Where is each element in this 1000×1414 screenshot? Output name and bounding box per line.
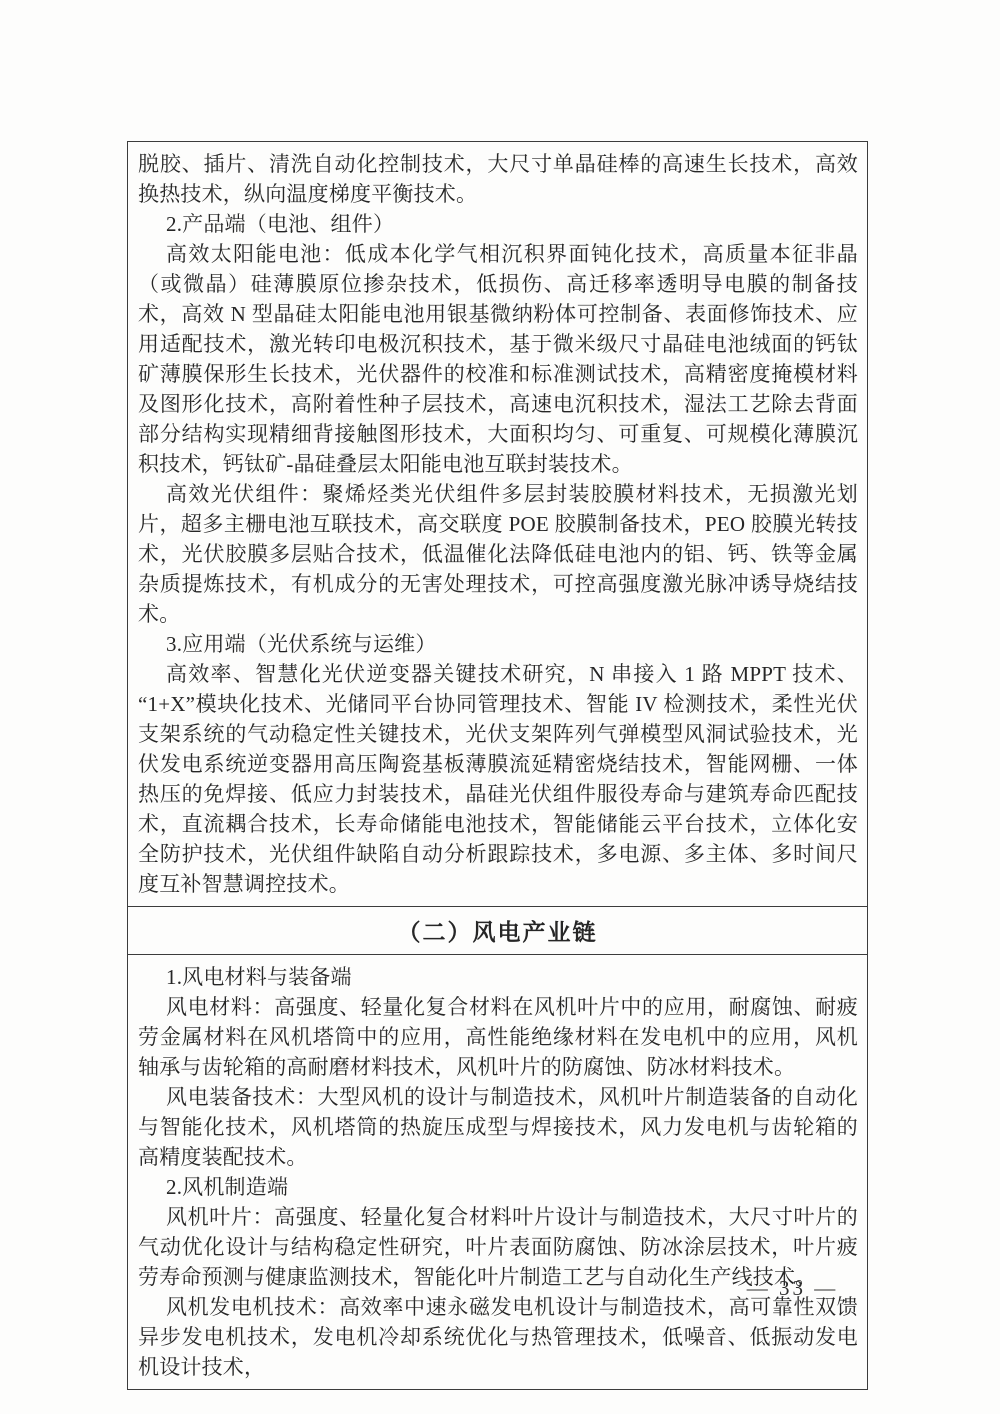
paragraph: 高效率、智慧化光伏逆变器关键技术研究，N 串接入 1 路 MPPT 技术、“1+… bbox=[138, 659, 858, 899]
paragraph: 高效太阳能电池：低成本化学气相沉积界面钝化技术，高质量本征非晶（或微晶）硅薄膜原… bbox=[138, 239, 858, 479]
paragraph: 2.风机制造端 bbox=[138, 1172, 858, 1202]
document-page: 脱胶、插片、清洗自动化控制技术，大尺寸单晶硅棒的高速生长技术，高效换热技术，纵向… bbox=[0, 0, 1000, 1414]
paragraph: 2.产品端（电池、组件） bbox=[138, 209, 858, 239]
paragraph: 脱胶、插片、清洗自动化控制技术，大尺寸单晶硅棒的高速生长技术，高效换热技术，纵向… bbox=[138, 149, 858, 209]
paragraph: 风机发电机技术：高效率中速永磁发电机设计与制造技术，高可靠性双馈异步发电机技术，… bbox=[138, 1292, 858, 1382]
content-table: 脱胶、插片、清洗自动化控制技术，大尺寸单晶硅棒的高速生长技术，高效换热技术，纵向… bbox=[127, 141, 868, 1390]
paragraph: 风电材料：高强度、轻量化复合材料在风机叶片中的应用，耐腐蚀、耐疲劳金属材料在风机… bbox=[138, 992, 858, 1082]
wind-section-body: 1.风电材料与装备端风电材料：高强度、轻量化复合材料在风机叶片中的应用，耐腐蚀、… bbox=[128, 955, 867, 1389]
paragraph: 高效光伏组件：聚烯烃类光伏组件多层封装胶膜材料技术，无损激光划片，超多主栅电池互… bbox=[138, 479, 858, 629]
wind-section-header-row: （二）风电产业链 bbox=[128, 906, 867, 955]
page-number: — 33 — bbox=[700, 1276, 885, 1301]
solar-section-body: 脱胶、插片、清洗自动化控制技术，大尺寸单晶硅棒的高速生长技术，高效换热技术，纵向… bbox=[128, 142, 867, 906]
section-title: （二）风电产业链 bbox=[398, 914, 598, 947]
paragraph: 风电装备技术：大型风机的设计与制造技术，风机叶片制造装备的自动化与智能化技术，风… bbox=[138, 1082, 858, 1172]
paragraph: 1.风电材料与装备端 bbox=[138, 962, 858, 992]
paragraph: 3.应用端（光伏系统与运维） bbox=[138, 629, 858, 659]
